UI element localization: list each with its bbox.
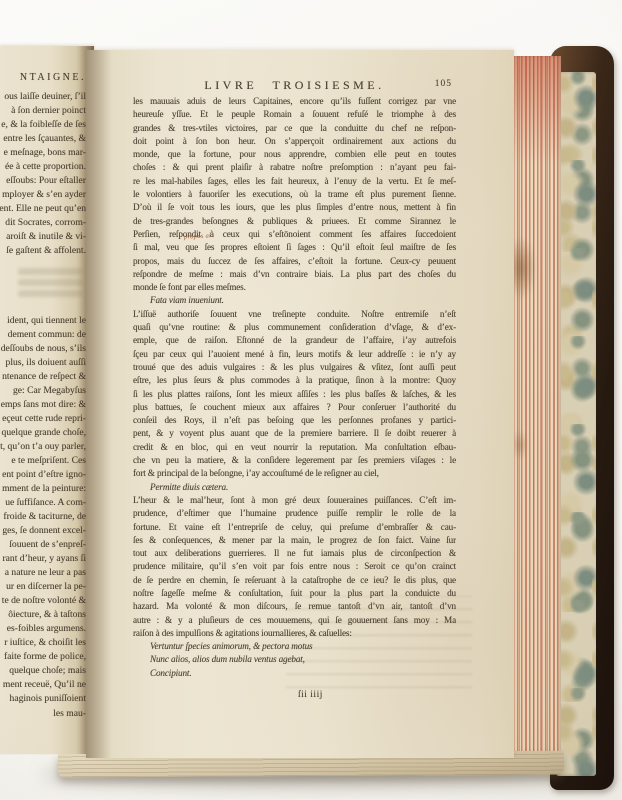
manuscript-correction: propos al — [184, 232, 212, 240]
printed-text-line: L’iſſuë authoriſe ſouuent vne treſinepte… — [133, 308, 456, 321]
foxing-stain-small — [512, 430, 528, 460]
printed-text-line: fortune. Et vaine eſt l’entrepriſe de ce… — [133, 521, 456, 534]
left-printed-line-fragment: ment receuë, Qu’il ne — [0, 678, 90, 692]
left-printed-line-fragment: ous laiſſe deuiner, ſ’il — [0, 90, 90, 104]
left-printed-line-fragment: ée à cette proportion. — [0, 160, 90, 174]
body-text-block: les mauuais aduis de leurs Capitaines, e… — [133, 95, 456, 680]
verse-quote-line: Concipiunt. — [133, 667, 456, 680]
left-printed-line-fragment: te de noſtre volonté & — [0, 594, 90, 608]
printed-text-line: monde, que la fortune, pour nous apprend… — [133, 148, 456, 161]
left-printed-line-fragment: dit Socrates, corrom- — [0, 216, 90, 230]
printed-text-line: raiſon à des impulſions & agitations iou… — [133, 627, 456, 640]
left-printed-line-fragment: ident, qui tiennent le — [0, 314, 90, 328]
left-printed-line-fragment: t, qu’on t’a ouy parler, — [0, 440, 90, 454]
left-printed-line-fragment: ôiecture, & à taſtons — [0, 608, 90, 622]
left-printed-line-fragment: ue ſuffiſance. A com- — [0, 496, 90, 510]
left-printed-line-fragment: ge: Car Megabyſus — [0, 384, 90, 398]
book-photo: { "colors": { "background": "#f8f7f4", "… — [0, 0, 622, 800]
printed-text-line: re les mal-habiles ſages, elles les fait… — [133, 175, 456, 188]
left-printed-line-fragment: mployer & s’en ayder — [0, 188, 90, 202]
left-printed-line-fragment: quelque grande choſe, — [0, 426, 90, 440]
printed-text-line: quaſi qu’vne routine: & plus communement… — [133, 321, 456, 334]
left-printed-line-fragment: ntenance de reſpect & — [0, 370, 90, 384]
printed-text-line: heureuſe yſſue. Et le peuple Romain a ſo… — [133, 108, 456, 121]
verse-quote-line: Fata viam inueniunt. — [133, 294, 456, 307]
left-printed-line-fragment: froide & taciturne, de — [0, 510, 90, 524]
left-printed-line-fragment: aroiſt & inutile & vi- — [0, 230, 90, 244]
printed-text-line: autre : & y a pluſieurs de ces mouuemens… — [133, 614, 456, 627]
printed-text-line: emple, que de raiſon. Eſtonné de la gran… — [133, 334, 456, 347]
printed-text-line: ſçeu par ceux qui l’auoient mené à fin, … — [133, 348, 456, 361]
printed-text-line: plus battues, ſe couchent mieux aux affa… — [133, 401, 456, 414]
catchword: les mau- — [0, 707, 90, 721]
right-page: LIVRE TROISIESME. 105 les mauuais aduis … — [86, 50, 514, 758]
verse-quote-line: Permitte diuis cætera. — [133, 481, 456, 494]
printed-text-line: grandes & tres-vtiles victoires, par ce … — [133, 122, 456, 135]
printed-text-line: noſtre ſageſſe meſme & conſultation, ſui… — [133, 587, 456, 600]
left-printed-line-fragment: e meſnage, bons mar- — [0, 146, 90, 160]
printed-text-line: ſes & conſequences, & mener par la main,… — [133, 534, 456, 547]
gathering-signature-mark: ſii iiij — [298, 690, 323, 700]
printed-text-line: trouué que des aduis vulgaires : & les p… — [133, 361, 456, 374]
left-printed-line-fragment: eçeut cette rude repri- — [0, 412, 90, 426]
printed-text-line: propos, mais du ſuccez de ſes affaires, … — [133, 255, 456, 268]
left-printed-line-fragment: mment de la peinture: — [0, 482, 90, 496]
printed-text-line: Perſien, reſpondit à ceux qui s’eſtōnoie… — [133, 228, 456, 241]
printed-text-line: ſi mal, veu que ſes propres eſtoient ſi … — [133, 241, 456, 254]
printed-text-line: monde ſe font par elles meſmes. — [133, 281, 456, 294]
left-running-head-fragment: NTAIGNE. — [0, 70, 90, 90]
running-head-title: LIVRE TROISIESME. — [204, 78, 384, 92]
printed-text-line: prudence, d’eſtimer que l’humaine pruden… — [133, 507, 456, 520]
left-printed-line-fragment: es-foibles argumens. — [0, 622, 90, 636]
printed-text-line: doit point à ſon bon heur. On s’apperçoi… — [133, 135, 456, 148]
show-through-line — [18, 279, 82, 286]
printed-text-line: hazard. Ma volonté & mon diſcours, ſe re… — [133, 600, 456, 613]
printed-text-line: tout aux deliberations guerrieres. Il ne… — [133, 547, 456, 560]
left-printed-line-fragment: quelque choſe; mais — [0, 664, 90, 678]
show-through-gap — [0, 258, 90, 314]
left-printed-line-fragment: ur en diſcerner la pe- — [0, 580, 90, 594]
printed-text-line: eſtre, les plus ſeurs & plus commodes à … — [133, 374, 456, 387]
show-through-line — [18, 290, 82, 297]
verse-quote-line: Nunc alios, alios dum nubila ventus ageb… — [133, 653, 456, 666]
left-printed-line-fragment: dement commun: de — [0, 328, 90, 342]
printed-text-line: les mauuais aduis de leurs Capitaines, e… — [133, 95, 456, 108]
printed-text-line: L’heur & le mal’heur, ſont à mon gré deu… — [133, 494, 456, 507]
left-printed-line-fragment: ſouuent de s’enpreſ- — [0, 538, 90, 552]
running-head: LIVRE TROISIESME. 105 — [133, 78, 456, 93]
left-printed-line-fragment: ges, ſe donnent excel- — [0, 524, 90, 538]
left-printed-line-fragment: e te meſpriſent. Ces — [0, 454, 90, 468]
folio-number: 105 — [435, 79, 452, 89]
left-printed-line-fragment: r iuſtice, & choiſit les — [0, 636, 90, 650]
printed-text-line: de tres-grandes beſongnes & publiques & … — [133, 215, 456, 228]
printed-text-line: che vn peu la matiere, & la conſidere le… — [133, 454, 456, 467]
left-printed-line-fragment: faite forme de police, — [0, 650, 90, 664]
printed-text-line: conſeil des Roys, il n’eſt pas beſoing q… — [133, 414, 456, 427]
show-through-line — [18, 268, 82, 275]
left-printed-line-fragment: haginois puniſſoient — [0, 692, 90, 706]
printed-text-line: choſes : & qui prent plaiſir à rabatre n… — [133, 161, 456, 174]
left-printed-line-fragment: entre les ſçauantes, & — [0, 132, 90, 146]
left-printed-line-fragment: ent point d’eſtre igno- — [0, 468, 90, 482]
printed-text-line: ſi les plus plattes raiſons, ſont les mi… — [133, 388, 456, 401]
left-printed-line-fragment: a nature ne leur a pas — [0, 566, 90, 580]
left-printed-line-fragment: emps ſans mot dire: & — [0, 398, 90, 412]
printed-text-line: credit & en bloc, qui en veut nourrir la… — [133, 441, 456, 454]
printed-text-line: fort & principal de la beſongne, i’ay ac… — [133, 467, 456, 480]
left-printed-line-fragment: plus, ils doiuent auſſi — [0, 356, 90, 370]
left-page-text-column: NTAIGNE. ous laiſſe deuiner, ſ’ilà ſon d… — [0, 70, 90, 730]
left-printed-line-fragment: e, & la foibleſſe de ſes — [0, 118, 90, 132]
printed-text-line: le volontiers à fauoriſer les executions… — [133, 188, 456, 201]
printed-text-line: pent, & y voyent plus auant que de la pr… — [133, 427, 456, 440]
left-printed-line-fragment: ent. Elle ne peut qu’en — [0, 202, 90, 216]
printed-text-line: de ſe perdre en chemin, ſe reſeruant à l… — [133, 574, 456, 587]
printed-text-line: reſpondre de meſme : mais d’vn contraire… — [133, 268, 456, 281]
printed-text-line: D’où il ſe voit tous les iours, que les … — [133, 201, 456, 214]
left-printed-line-fragment: eſſoubs: Pour eſtaller — [0, 174, 90, 188]
left-page: NTAIGNE. ous laiſſe deuiner, ſ’ilà ſon d… — [0, 46, 94, 754]
left-printed-line-fragment: deſſoubs de nous, s’ils — [0, 342, 90, 356]
marbled-endpaper-edge — [556, 72, 596, 776]
left-printed-line-fragment: ſe gaſtent & affolent. — [0, 244, 90, 258]
left-printed-line-fragment: à ſon dernier poinct — [0, 104, 90, 118]
left-printed-line-fragment: rant d’heur, y ayans ſi — [0, 552, 90, 566]
left-page-lines: ous laiſſe deuiner, ſ’ilà ſon dernier po… — [0, 90, 90, 706]
verse-quote-line: Vertuntur ſpecies animorum, & pectora mo… — [133, 640, 456, 653]
printed-text-line: prudence militaire, qu’il s’en voit par … — [133, 560, 456, 573]
